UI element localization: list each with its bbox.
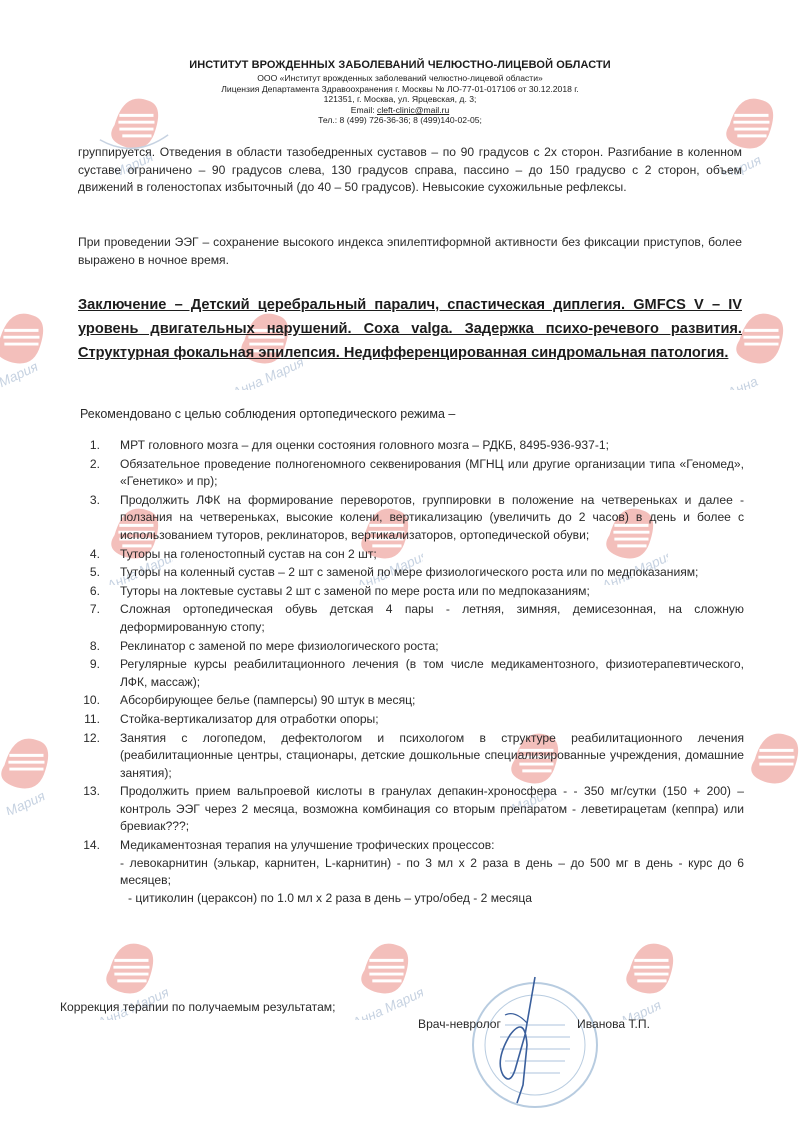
conclusion-heading: Заключение – Детский церебральный парали… (78, 293, 742, 365)
list-item: 6.Туторы на локтевые суставы 2 шт с заме… (78, 583, 744, 601)
email-link[interactable]: cleft-clinic@mail.ru (377, 105, 449, 115)
watermark-logo-icon (735, 720, 800, 810)
doctor-signature-icon (485, 975, 555, 1105)
list-item: 7.Сложная ортопедическая обувь детская 4… (78, 601, 744, 636)
watermark-logo-icon: Мария (0, 300, 58, 390)
watermark-logo-icon: Мария (0, 725, 63, 815)
list-item: 5.Туторы на коленный сустав – 2 шт с зам… (78, 564, 744, 582)
watermark-logo-icon: Анна Мария (345, 930, 423, 1020)
therapy-correction-note: Коррекция терапии по получаемым результа… (60, 1000, 335, 1014)
letterhead: ИНСТИТУТ ВРОЖДЕННЫХ ЗАБОЛЕВАНИЙ ЧЕЛЮСТНО… (0, 59, 800, 126)
list-item: 4.Туторы на голеностопный сустав на сон … (78, 546, 744, 564)
license-line: Лицензия Департамента Здравоохранения г.… (0, 84, 800, 95)
document-page: Мария Мария Мария Анна Мария Анна Анна М… (0, 0, 800, 1130)
list-item: 13.Продолжить прием вальпроевой кислоты … (78, 783, 744, 836)
svg-text:Мария: Мария (0, 359, 41, 390)
organization-name: ООО «Институт врожденных заболеваний чел… (0, 73, 800, 84)
sub-item: - цитиколин (цераксон) по 1.0 мл х 2 раз… (120, 890, 744, 908)
list-item: 12.Занятия с логопедом, дефектологом и п… (78, 730, 744, 783)
list-item: 9.Регулярные курсы реабилитационного леч… (78, 656, 744, 691)
list-item: 14.Медикаментозная терапия на улучшение … (78, 837, 744, 907)
email-label: Email: (351, 105, 377, 115)
list-item: 10.Абсорбирующее белье (памперсы) 90 шту… (78, 692, 744, 710)
list-item: 8.Реклинатор с заменой по мере физиологи… (78, 638, 744, 656)
watermark-logo-icon: Мария (610, 930, 688, 1020)
svg-text:Анна: Анна (724, 374, 760, 390)
institute-title: ИНСТИТУТ ВРОЖДЕННЫХ ЗАБОЛЕВАНИЙ ЧЕЛЮСТНО… (0, 59, 800, 71)
sub-item: - левокарнитин (элькар, карнитен, L-карн… (120, 855, 744, 890)
phone-line: Тел.: 8 (499) 726-36-36; 8 (499)140-02-0… (0, 115, 800, 126)
eeg-paragraph: При проведении ЭЭГ – сохранение высокого… (78, 234, 742, 269)
list-item: 1.МРТ головного мозга – для оценки состо… (78, 437, 744, 455)
exam-paragraph: группируется. Отведения в области тазобе… (78, 144, 742, 197)
address-line: 121351, г. Москва, ул. Ярцевская, д. 3; (0, 94, 800, 105)
recommendations-intro: Рекомендовано с целью соблюдения ортопед… (80, 407, 455, 421)
recommendations-list: 1.МРТ головного мозга – для оценки состо… (78, 437, 744, 908)
list-item: 3.Продолжить ЛФК на формирование перевор… (78, 492, 744, 545)
doctor-name: Иванова Т.П. (577, 1017, 650, 1031)
list-item: 11.Стойка-вертикализатор для отработки о… (78, 711, 744, 729)
list-item: 2.Обязательное проведение полногеномного… (78, 456, 744, 491)
doctor-role: Врач-невролог (418, 1017, 501, 1031)
svg-text:Анна Мария: Анна Мария (349, 984, 423, 1020)
email-line: Email: cleft-clinic@mail.ru (0, 105, 800, 116)
svg-text:Мария: Мария (3, 788, 48, 815)
